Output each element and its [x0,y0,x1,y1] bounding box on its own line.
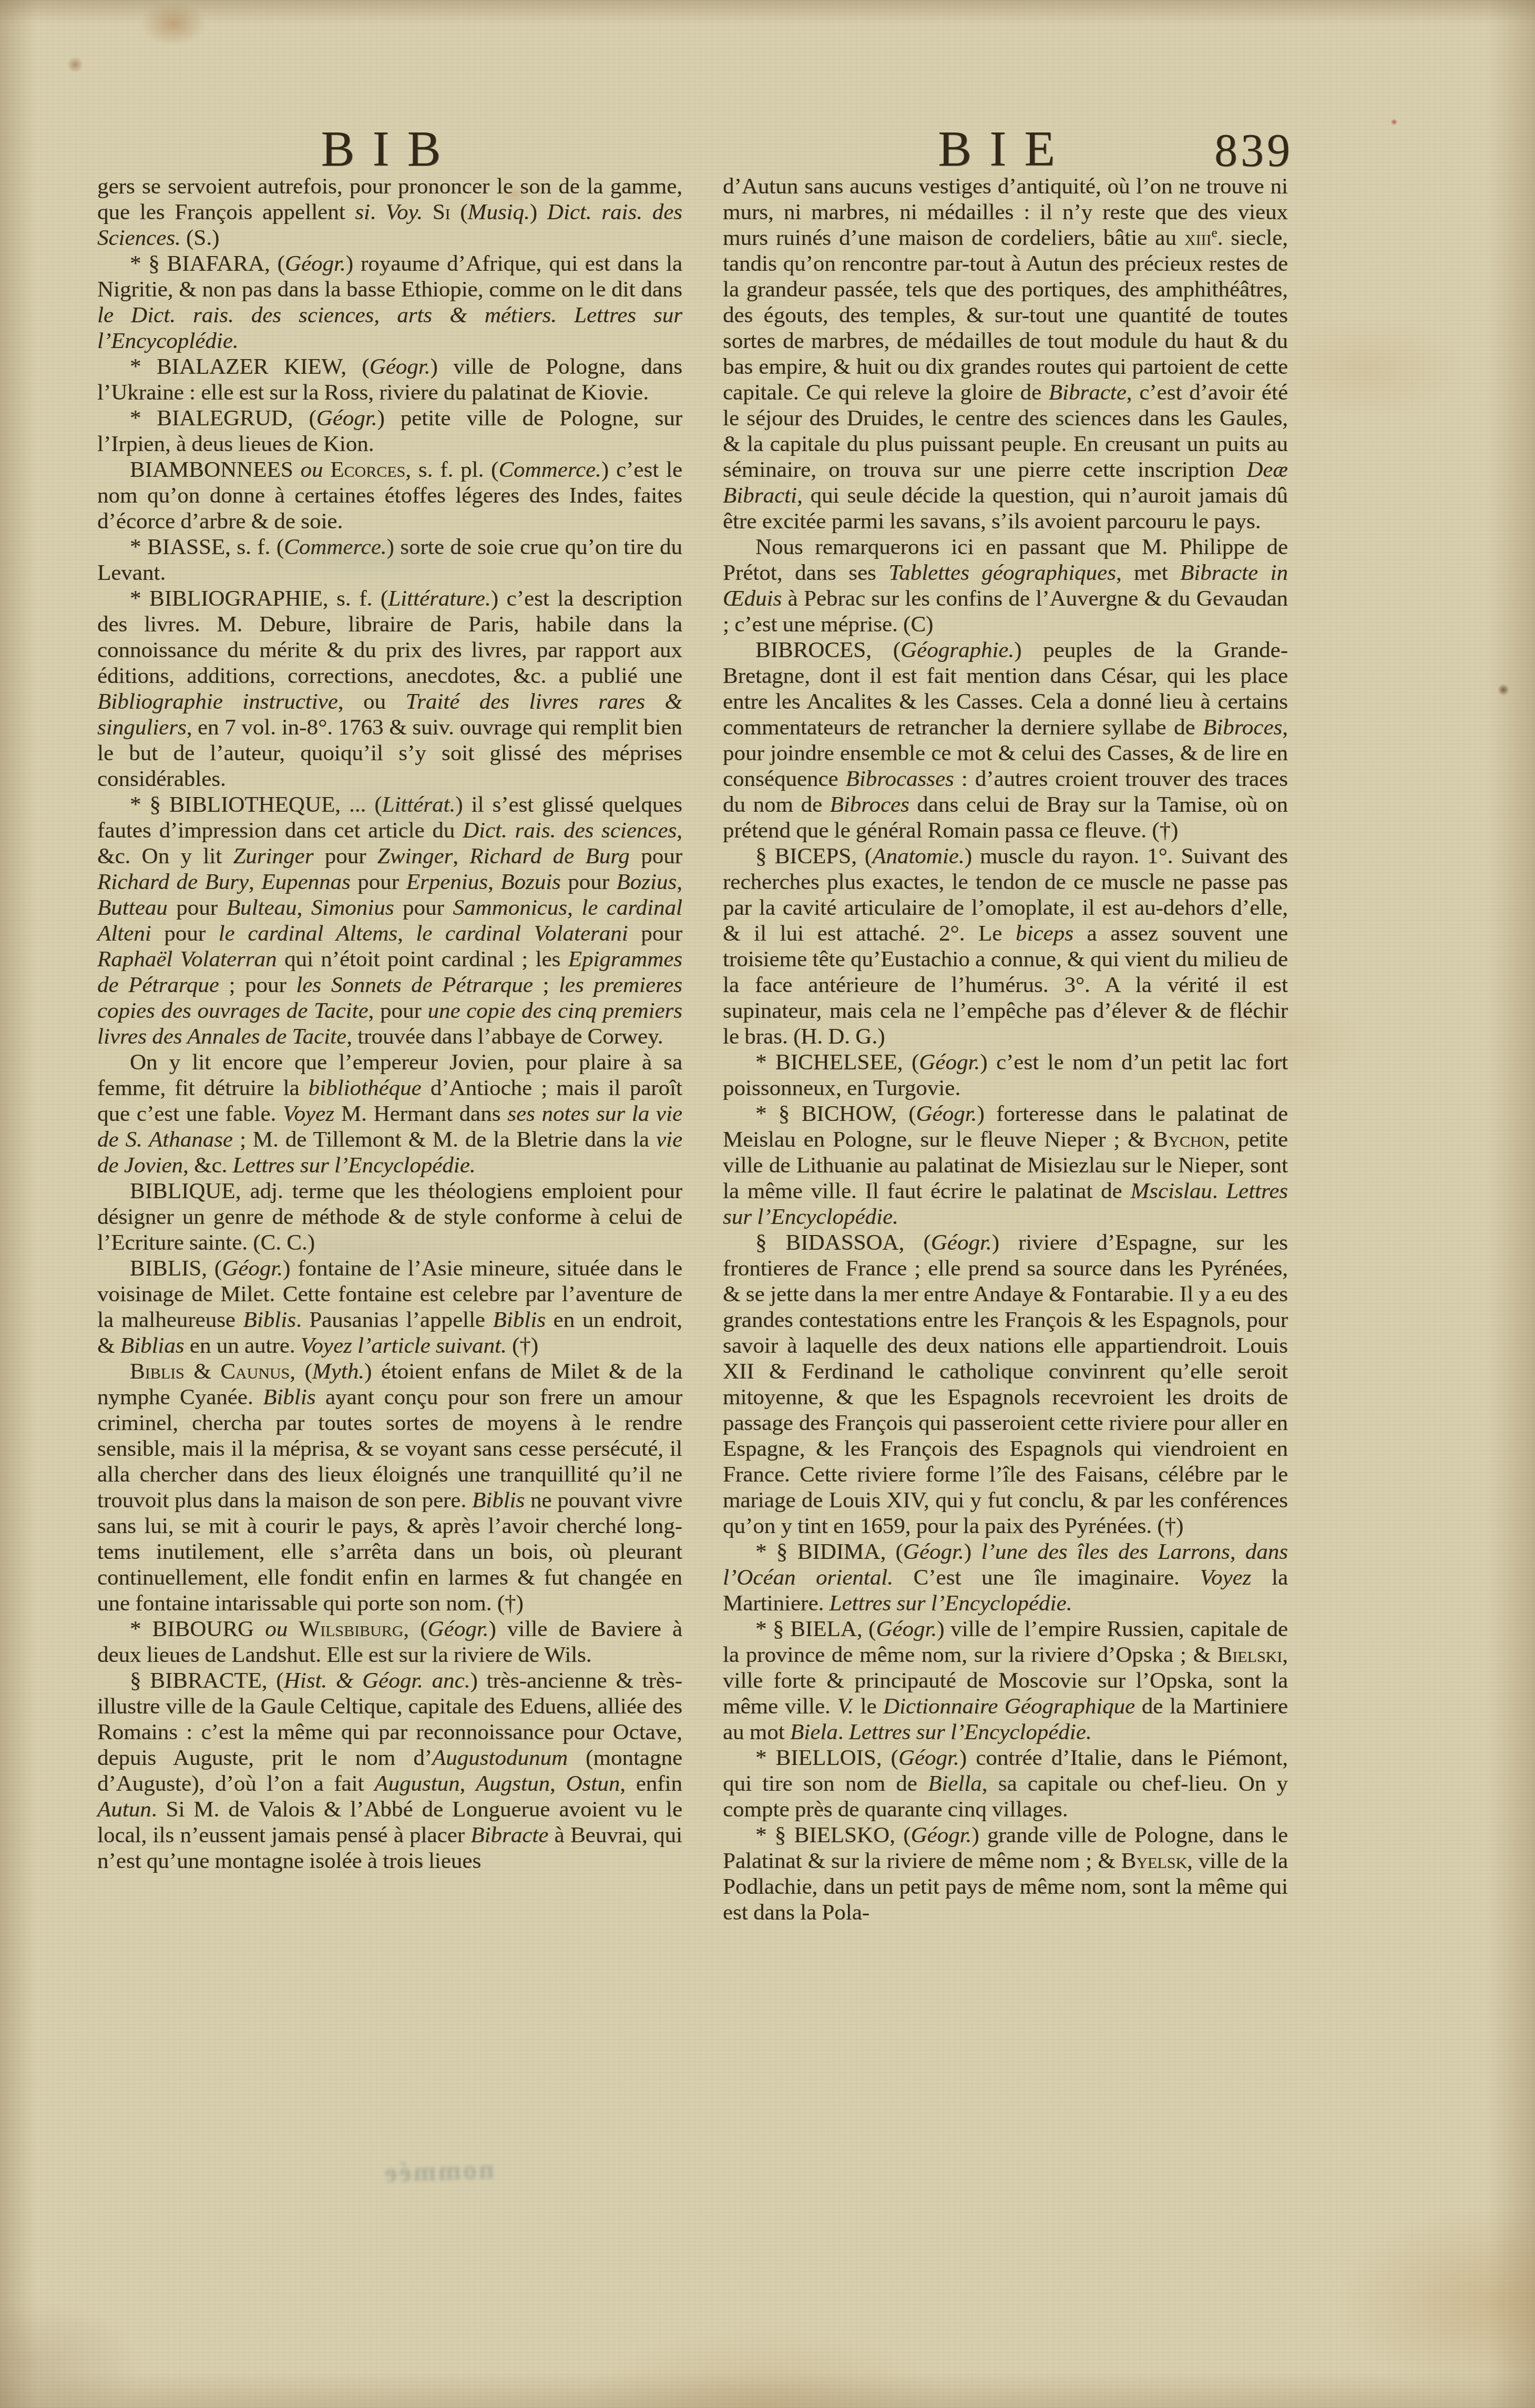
entry-paragraph: On y lit encore que l’empereur Jovien, p… [97,1049,682,1178]
entry-paragraph: * § BIDIMA, (Géogr.) l’une des îles des … [723,1539,1288,1616]
entry-paragraph: § BIBRACTE, (Hist. & Géogr. anc.) très-a… [97,1668,682,1874]
entry-paragraph: * § BICHOW, (Géogr.) forteresse dans le … [723,1101,1288,1230]
entry-paragraph: * § BIAFARA, (Géogr.) royaume d’Afrique,… [97,251,682,354]
entry-paragraph: * § BIBLIOTHEQUE, ... (Littérat.) il s’e… [97,792,682,1049]
entry-paragraph: gers se servoient autrefois, pour pronon… [97,174,682,251]
entry-paragraph: * BICHELSEE, (Géogr.) c’est le nom d’un … [723,1049,1288,1101]
column-left: gers se servoient autrefois, pour pronon… [97,174,682,1874]
showthrough-ghost-text: nommée [157,2154,495,2197]
entry-paragraph: * BIALEGRUD, (Géogr.) petite ville de Po… [97,405,682,457]
entry-paragraph: BIBLIS, (Géogr.) fontaine de l’Asie mine… [97,1256,682,1359]
page-scan: BIB BIE 839 gers se servoient autrefois,… [0,0,1535,2408]
entry-paragraph: * BIASSE, s. f. (Commerce.) sorte de soi… [97,534,682,586]
entry-paragraph: * BIALAZER KIEW, (Géogr.) ville de Polog… [97,354,682,405]
entry-paragraph: * BIBLIOGRAPHIE, s. f. (Littérature.) c’… [97,586,682,792]
entry-paragraph: Nous remarquerons ici en passant que M. … [723,534,1288,637]
text-block: gers se servoient autrefois, pour pronon… [97,174,1288,1925]
entry-paragraph: Biblis & Caunus, (Myth.) étoient enfans … [97,1359,682,1616]
entry-paragraph: § BICEPS, (Anatomie.) muscle du rayon. 1… [723,843,1288,1049]
entry-paragraph: * § BIELA, (Géogr.) ville de l’empire Ru… [723,1616,1288,1745]
entry-paragraph: * BIBOURG ou Wilsbiburg, (Géogr.) ville … [97,1616,682,1668]
column-right: d’Autun sans aucuns vestiges d’antiquité… [723,174,1288,1925]
entry-paragraph: * § BIELSKO, (Géogr.) grande ville de Po… [723,1822,1288,1925]
entry-paragraph: * BIELLOIS, (Géogr.) contrée d’Italie, d… [723,1745,1288,1822]
running-title-left: BIB [97,123,682,175]
entry-paragraph: d’Autun sans aucuns vestiges d’antiquité… [723,174,1288,534]
running-title-right: BIE [723,123,1288,175]
entry-paragraph: § BIDASSOA, (Géogr.) riviere d’Espagne, … [723,1230,1288,1539]
page-number: 839 [1214,125,1293,177]
entry-paragraph: BIBLIQUE, adj. terme que les théologiens… [97,1178,682,1256]
entry-paragraph: BIAMBONNEES ou Ecorces, s. f. pl. (Comme… [97,457,682,534]
entry-paragraph: BIBROCES, (Géographie.) peuples de la Gr… [723,637,1288,843]
